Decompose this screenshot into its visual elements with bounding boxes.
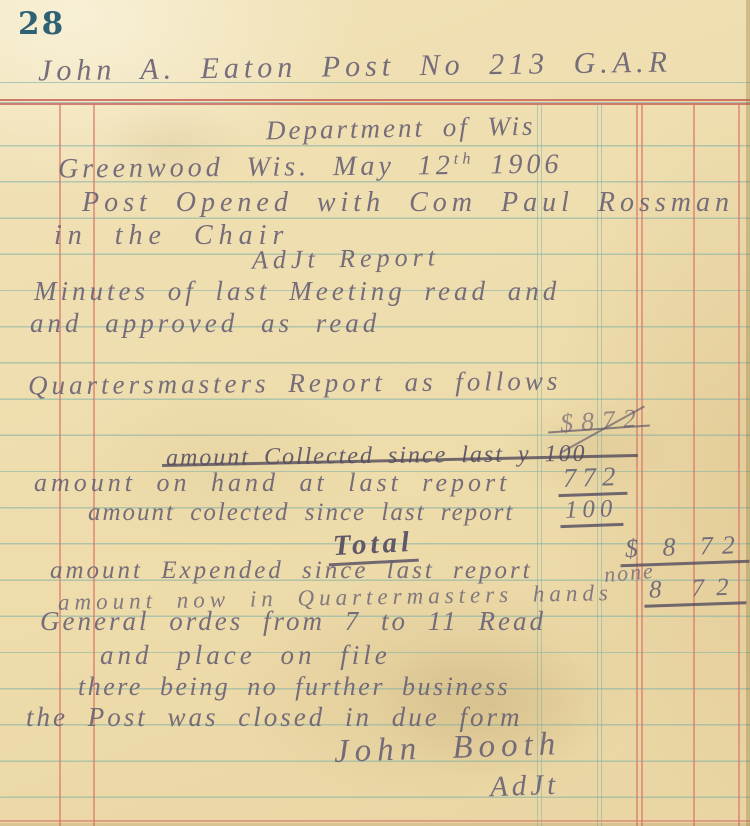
page-number: 28 <box>18 6 65 42</box>
post-opened-line: Post Opened with Com Paul Rossman <box>82 189 734 217</box>
underlined-value: 100 <box>559 496 623 528</box>
place-on-file-line: and place on file <box>100 642 391 669</box>
amount-collected-label: amount colected since last report <box>88 500 514 525</box>
amount-expended-label: amount Expended since last report <box>50 558 533 583</box>
page-edge-right <box>746 0 750 826</box>
year-text: 1906 <box>490 149 562 181</box>
place-date-text: Greenwood Wis. May 12 <box>58 150 454 184</box>
post-closed-line: the Post was closed in due form <box>26 704 522 731</box>
adjutant-report-heading: AdJt Report <box>252 244 440 273</box>
underlined-value: 8 72 <box>644 574 747 608</box>
amount-in-hands-value: 8 72 <box>644 574 747 608</box>
amount-collected-value: 100 <box>559 496 623 528</box>
amount-on-hand-label: amount on hand at last report <box>34 470 510 496</box>
amount-on-hand-value: 772 <box>557 463 627 497</box>
general-orders-line: General ordes from 7 to 11 Read <box>40 608 546 635</box>
column-line-red-3 <box>738 104 740 826</box>
underlined-value: 772 <box>557 463 627 497</box>
signature-title: AdJt <box>490 771 560 802</box>
ledger-page: 28 John A. Eaton Post No 213 G.A.R Depar… <box>0 0 750 826</box>
signature: John Booth <box>333 728 561 769</box>
footer-rule-red <box>0 820 750 822</box>
minutes-line-1: Minutes of last Meeting read and <box>34 278 560 305</box>
post-title-line: John A. Eaton Post No 213 G.A.R <box>38 48 672 87</box>
crossed-out-amount: $872 <box>559 405 645 437</box>
header-rule-red-bottom <box>0 103 750 105</box>
date-ordinal: th <box>454 150 475 168</box>
place-date-line: Greenwood Wis. May 12th1906 <box>58 150 563 184</box>
no-further-business-line: there being no further business <box>78 674 510 700</box>
department-line: Department of Wis <box>266 113 536 145</box>
quartermaster-report-heading: Quartersmasters Report as follows <box>28 368 561 400</box>
minutes-line-2: and approved as read <box>30 310 380 337</box>
